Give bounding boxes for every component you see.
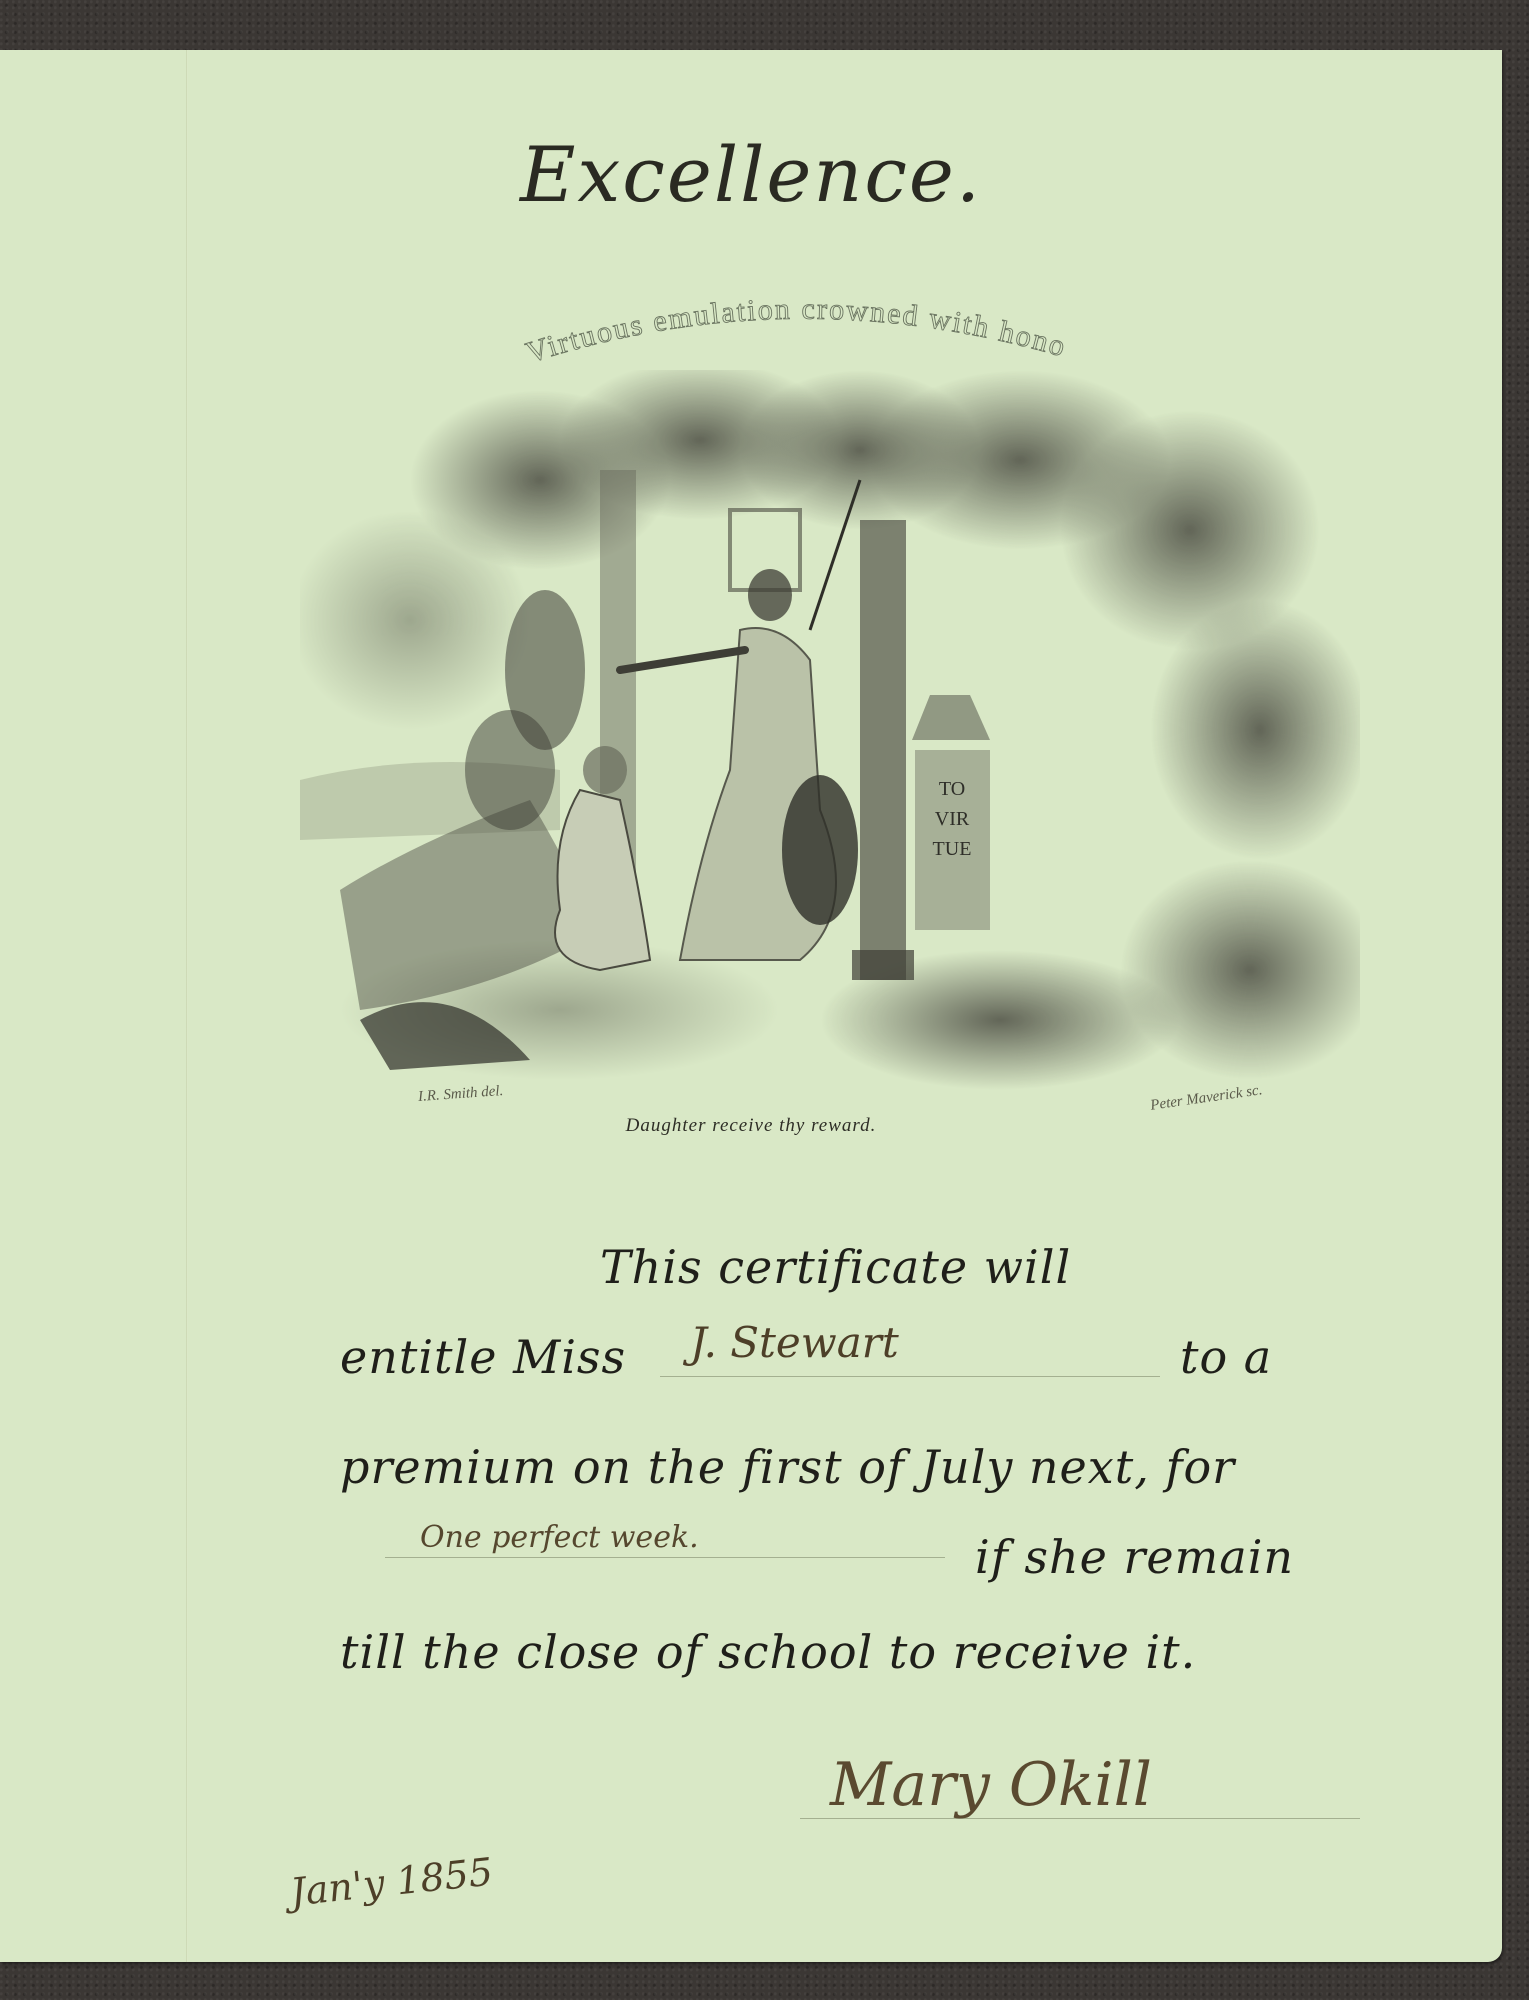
seated-figure (620, 480, 860, 960)
svg-text:VIR: VIR (935, 808, 970, 830)
body-line-2-end: to a (1180, 1330, 1272, 1384)
reason-blank-line (385, 1557, 945, 1558)
engraving-illustration: TO VIR TUE (300, 370, 1360, 1100)
certificate-paper: Excellence. Virtuous emulation crowned w… (0, 50, 1502, 1962)
altar: TO VIR TUE (912, 695, 990, 930)
signature: Mary Okill (830, 1750, 1152, 1820)
date: Jan'y 1855 (288, 1850, 495, 1915)
recipient-name: J. Stewart (690, 1318, 899, 1367)
award-reason: One perfect week. (420, 1520, 699, 1555)
certificate-title: Excellence. (0, 130, 1502, 219)
svg-text:Virtuous emulation crowned wit: Virtuous emulation crowned with honor. (0, 278, 1071, 368)
svg-text:TUE: TUE (933, 838, 972, 860)
svg-text:TO: TO (939, 778, 965, 800)
body-line-4-end: if she remain (975, 1530, 1294, 1584)
body-line-5: till the close of school to receive it. (340, 1625, 1196, 1679)
engraving-caption: Daughter receive thy reward. (0, 1115, 1502, 1137)
motto-arc: Virtuous emulation crowned with honor. (0, 278, 1502, 368)
body-line-1: This certificate will (600, 1240, 1071, 1294)
body-line-3: premium on the first of July next, for (340, 1440, 1235, 1494)
name-blank-line (660, 1376, 1160, 1377)
body-line-2-start: entitle Miss (340, 1330, 626, 1384)
motto-text: Virtuous emulation crowned with honor. (0, 278, 1071, 368)
